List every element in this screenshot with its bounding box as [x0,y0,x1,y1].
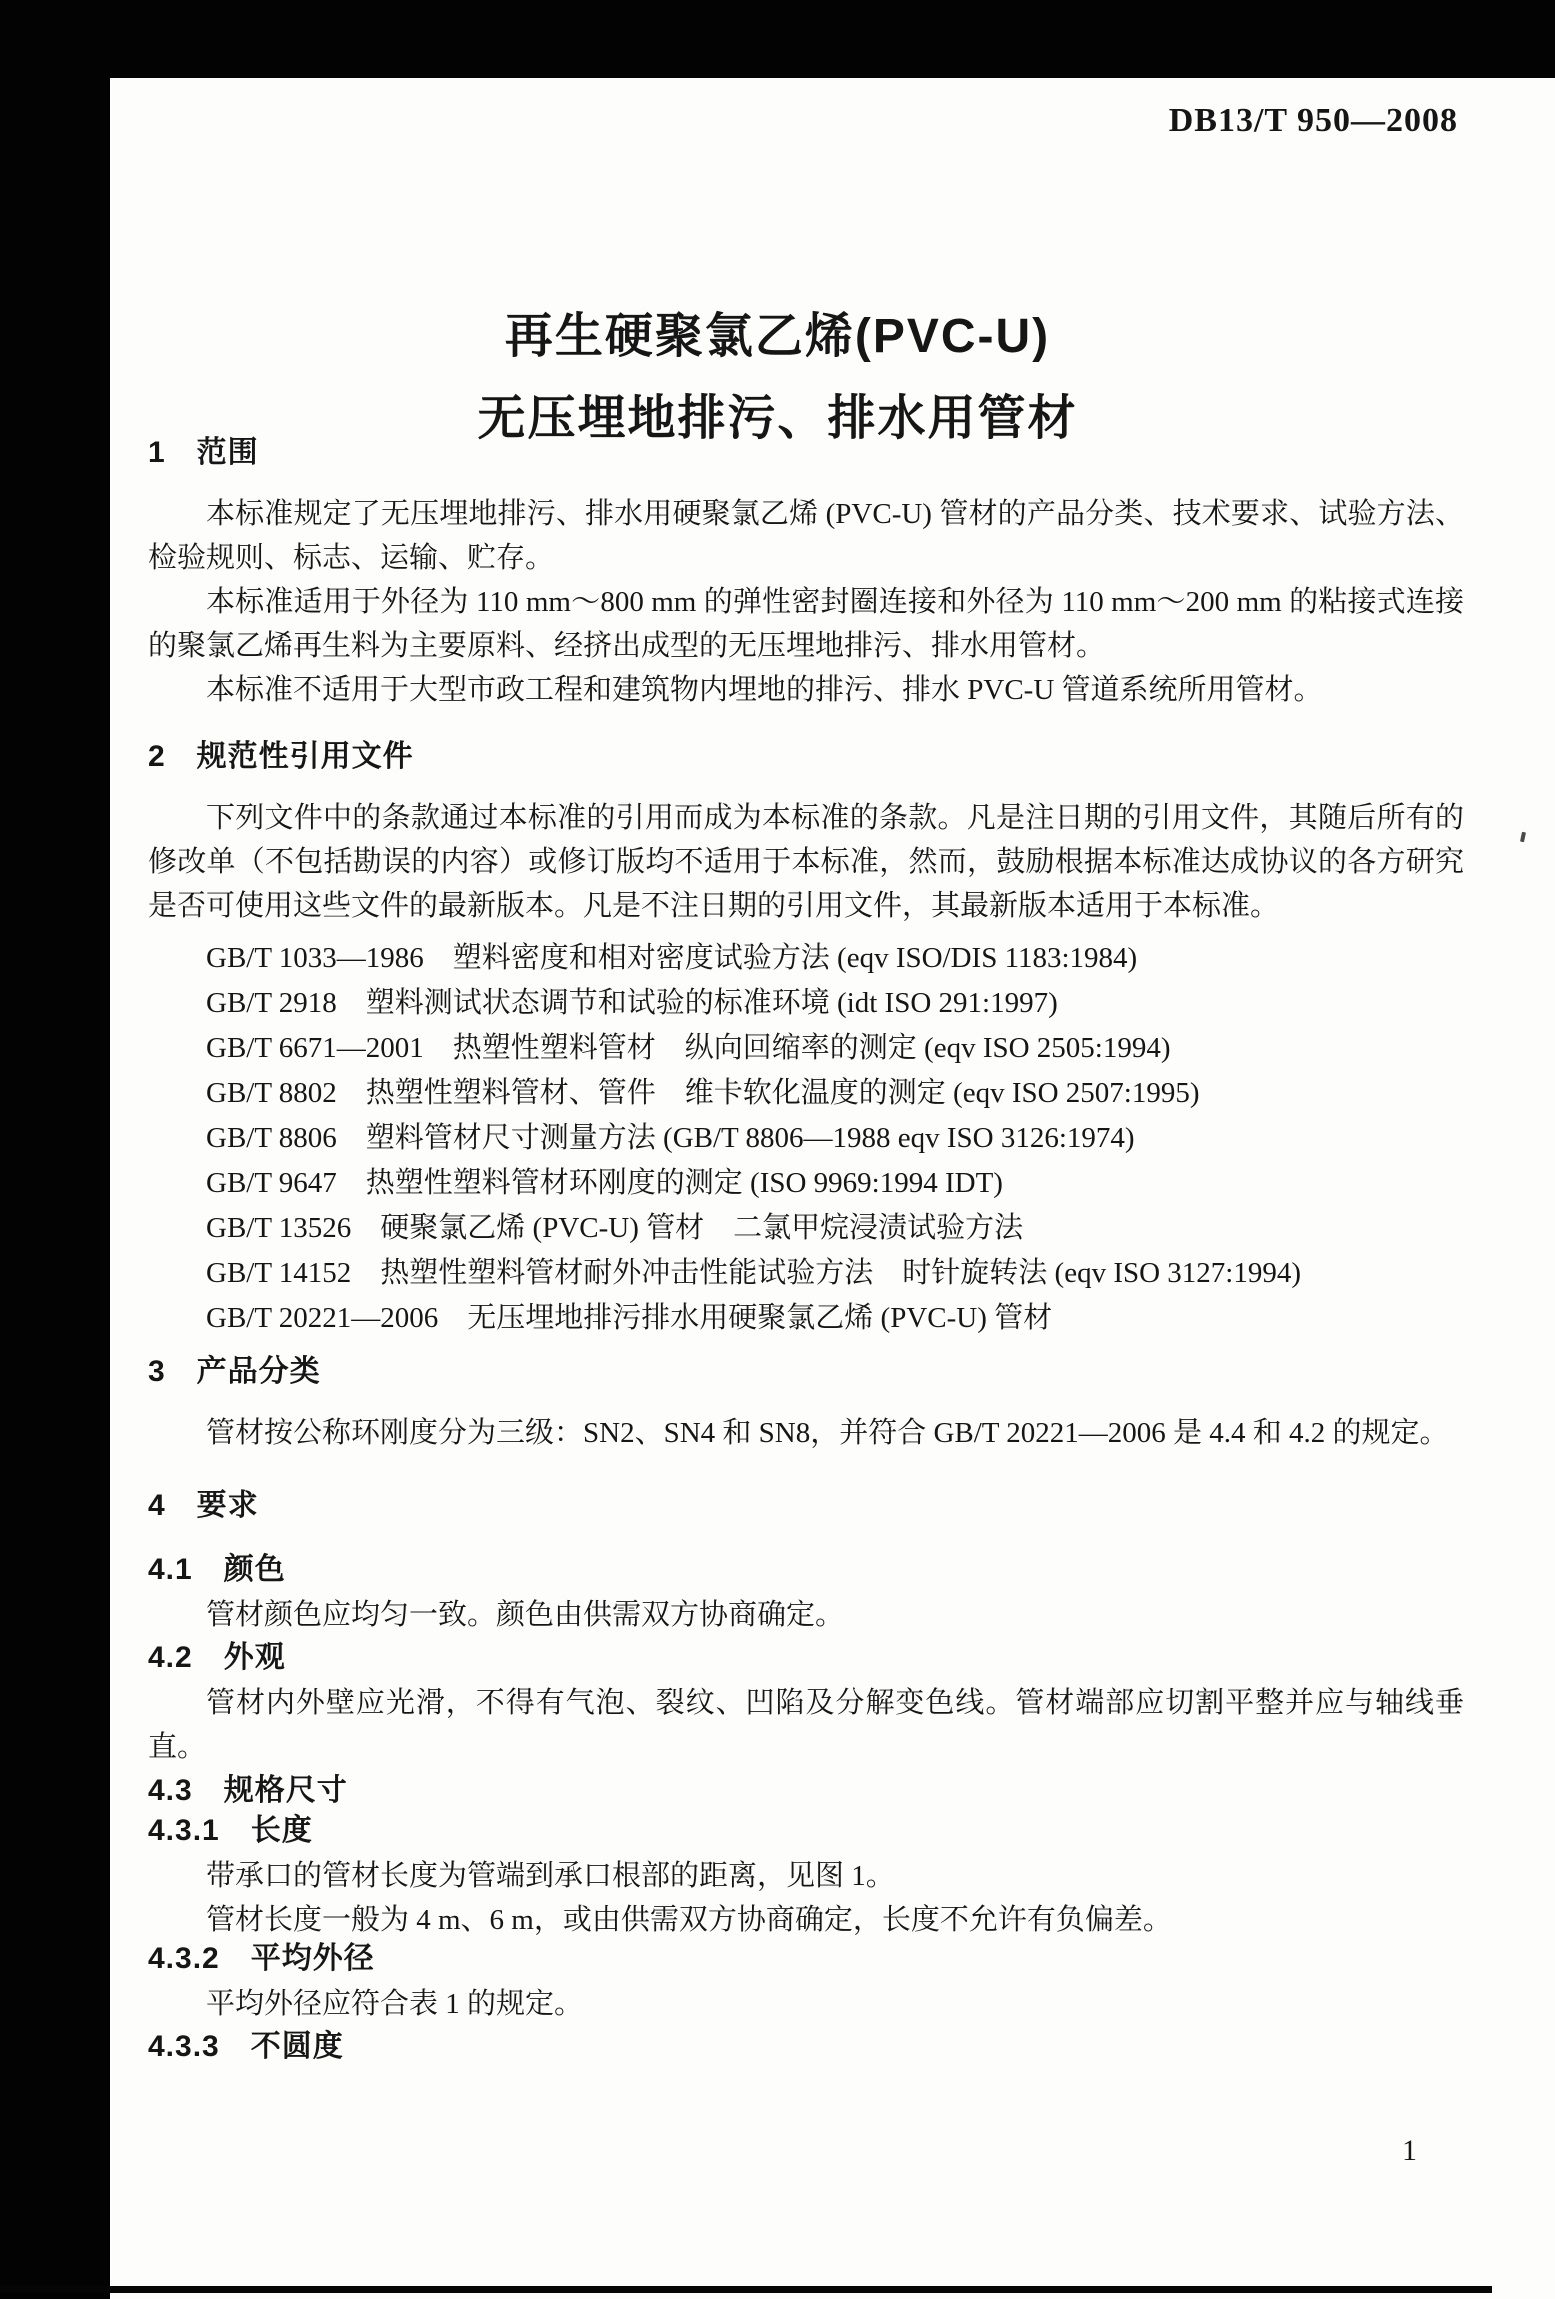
section-1-paragraph-2: 本标准适用于外径为 110 mm～800 mm 的弹性密封圈连接和外径为 110… [148,580,1464,668]
document-title-line1: 再生硬聚氯乙烯(PVC-U) [0,296,1555,378]
reference-item: GB/T 2918 塑料测试状态调节和试验的标准环境 (idt ISO 291:… [148,981,1464,1026]
section-4-2-paragraph-1: 管材内外壁应光滑，不得有气泡、裂纹、凹陷及分解变色线。管材端部应切割平整并应与轴… [148,1681,1464,1769]
section-4-1-paragraph-1: 管材颜色应均匀一致。颜色由供需双方协商确定。 [148,1593,1464,1637]
section-2-heading: 2 规范性引用文件 [148,740,1464,774]
reference-item: GB/T 8802 热塑性塑料管材、管件 维卡软化温度的测定 (eqv ISO … [148,1071,1464,1116]
section-4-2-heading: 4.2 外观 [148,1641,1464,1675]
scan-border-top [0,0,1555,78]
section-4-3-1-paragraph-1: 带承口的管材长度为管端到承口根部的距离，见图 1。 [148,1854,1464,1898]
reference-item: GB/T 14152 热塑性塑料管材耐外冲击性能试验方法 时针旋转法 (eqv … [148,1251,1464,1296]
section-4-3-3-heading: 4.3.3 不圆度 [148,2030,1464,2064]
section-4-heading: 4 要求 [148,1489,1464,1523]
reference-item: GB/T 20221—2006 无压埋地排污排水用硬聚氯乙烯 (PVC-U) 管… [148,1296,1464,1341]
scan-border-bottom [0,2286,1492,2293]
section-4-3-2-paragraph-1: 平均外径应符合表 1 的规定。 [148,1982,1464,2026]
section-4-1-heading: 4.1 颜色 [148,1553,1464,1587]
section-3-paragraph-1: 管材按公称环刚度分为三级：SN2、SN4 和 SN8，并符合 GB/T 2022… [148,1411,1464,1455]
page-number: 1 [1402,2134,1417,2168]
section-4-3-1-heading: 4.3.1 长度 [148,1814,1464,1848]
standard-code: DB13/T 950—2008 [1169,102,1458,140]
document-page: DB13/T 950—2008 再生硬聚氯乙烯(PVC-U) 无压埋地排污、排水… [0,0,1555,2299]
section-1-paragraph-3: 本标准不适用于大型市政工程和建筑物内埋地的排污、排水 PVC-U 管道系统所用管… [148,668,1464,712]
reference-item: GB/T 8806 塑料管材尺寸测量方法 (GB/T 8806—1988 eqv… [148,1116,1464,1161]
section-4-3-2-heading: 4.3.2 平均外径 [148,1942,1464,1976]
reference-item: GB/T 13526 硬聚氯乙烯 (PVC-U) 管材 二氯甲烷浸渍试验方法 [148,1206,1464,1251]
reference-item: GB/T 9647 热塑性塑料管材环刚度的测定 (ISO 9969:1994 I… [148,1161,1464,1206]
section-4-3-heading: 4.3 规格尺寸 [148,1774,1464,1808]
reference-item: GB/T 1033—1986 塑料密度和相对密度试验方法 (eqv ISO/DI… [148,936,1464,981]
scan-speck [1520,832,1526,843]
normative-reference-list: GB/T 1033—1986 塑料密度和相对密度试验方法 (eqv ISO/DI… [148,936,1464,1341]
reference-item: GB/T 6671—2001 热塑性塑料管材 纵向回缩率的测定 (eqv ISO… [148,1026,1464,1071]
section-2-intro: 下列文件中的条款通过本标准的引用而成为本标准的条款。凡是注日期的引用文件，其随后… [148,796,1464,928]
document-body: 1 范围 本标准规定了无压埋地排污、排水用硬聚氯乙烯 (PVC-U) 管材的产品… [148,430,1464,2064]
section-1-paragraph-1: 本标准规定了无压埋地排污、排水用硬聚氯乙烯 (PVC-U) 管材的产品分类、技术… [148,492,1464,580]
section-3-heading: 3 产品分类 [148,1355,1464,1389]
section-1-heading: 1 范围 [148,436,1464,470]
section-4-3-1-paragraph-2: 管材长度一般为 4 m、6 m，或由供需双方协商确定，长度不允许有负偏差。 [148,1898,1464,1942]
